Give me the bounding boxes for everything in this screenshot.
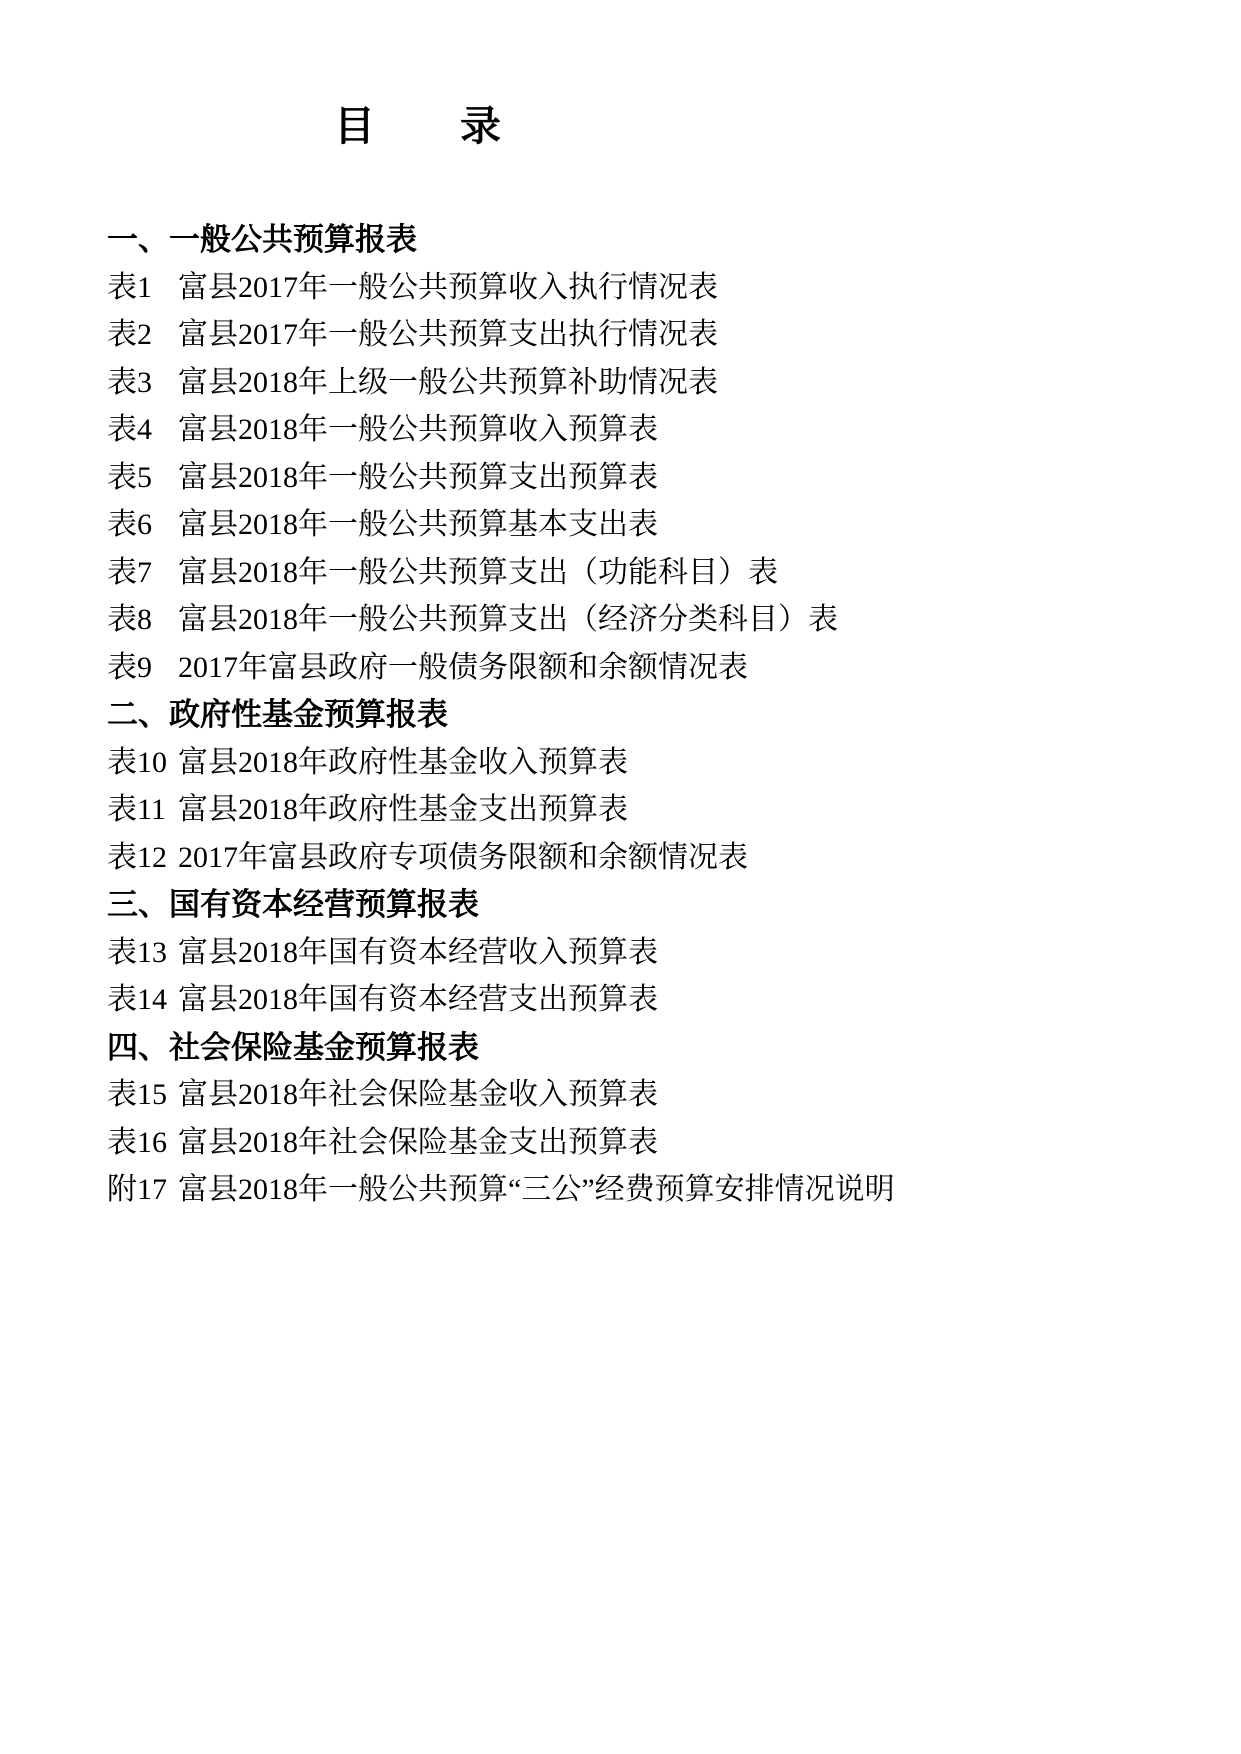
toc-item-label: 表2	[107, 311, 178, 359]
toc-item: 表1富县2017年一般公共预算收入执行情况表	[107, 264, 1181, 312]
toc-item: 附17富县2018年一般公共预算“三公”经费预算安排情况说明	[107, 1166, 1181, 1214]
document-page: 目 录 一、一般公共预算报表 表1富县2017年一般公共预算收入执行情况表 表2…	[0, 0, 1241, 1754]
toc-item-title: 富县2018年一般公共预算支出预算表	[178, 461, 658, 494]
toc-item-label: 表1	[107, 264, 178, 312]
toc-item: 表7富县2018年一般公共预算支出（功能科目）表	[107, 549, 1181, 597]
toc-item: 表8富县2018年一般公共预算支出（经济分类科目）表	[107, 596, 1181, 644]
toc-section-heading-2: 二、政府性基金预算报表	[107, 691, 1181, 739]
toc-item-label: 表8	[107, 596, 178, 644]
toc-item: 表122017年富县政府专项债务限额和余额情况表	[107, 834, 1181, 882]
toc-item-label: 表12	[107, 834, 178, 882]
toc-item-title: 富县2018年社会保险基金支出预算表	[178, 1126, 658, 1159]
toc-item: 表11富县2018年政府性基金支出预算表	[107, 786, 1181, 834]
toc-item-label: 表10	[107, 739, 178, 787]
toc-item-title: 富县2017年一般公共预算支出执行情况表	[178, 318, 718, 351]
toc-item: 表16富县2018年社会保险基金支出预算表	[107, 1119, 1181, 1167]
toc-item-title: 富县2018年一般公共预算基本支出表	[178, 508, 658, 541]
toc-item-label: 表13	[107, 929, 178, 977]
toc-item-title: 富县2018年一般公共预算“三公”经费预算安排情况说明	[178, 1173, 895, 1206]
toc-item-title: 富县2018年一般公共预算收入预算表	[178, 413, 658, 446]
toc-item-label: 表9	[107, 644, 178, 692]
page-title: 目 录	[334, 100, 502, 152]
toc-item: 表15富县2018年社会保险基金收入预算表	[107, 1071, 1181, 1119]
toc-section-heading-3: 三、国有资本经营预算报表	[107, 881, 1181, 929]
toc-item-title: 2017年富县政府一般债务限额和余额情况表	[178, 651, 748, 684]
toc-item: 表14富县2018年国有资本经营支出预算表	[107, 976, 1181, 1024]
toc-item-label: 表16	[107, 1119, 178, 1167]
toc-item-label: 表7	[107, 549, 178, 597]
toc-item-label: 附17	[107, 1166, 178, 1214]
toc-item: 表2富县2017年一般公共预算支出执行情况表	[107, 311, 1181, 359]
table-of-contents: 一、一般公共预算报表 表1富县2017年一般公共预算收入执行情况表 表2富县20…	[107, 216, 1181, 1214]
toc-item: 表10富县2018年政府性基金收入预算表	[107, 739, 1181, 787]
toc-item-title: 2017年富县政府专项债务限额和余额情况表	[178, 841, 748, 874]
toc-item: 表4富县2018年一般公共预算收入预算表	[107, 406, 1181, 454]
toc-item-label: 表6	[107, 501, 178, 549]
toc-item-title: 富县2018年国有资本经营收入预算表	[178, 936, 658, 969]
toc-item-title: 富县2018年上级一般公共预算补助情况表	[178, 366, 718, 399]
toc-item-title: 富县2018年一般公共预算支出（功能科目）表	[178, 556, 778, 589]
toc-item-title: 富县2018年社会保险基金收入预算表	[178, 1078, 658, 1111]
toc-item: 表13富县2018年国有资本经营收入预算表	[107, 929, 1181, 977]
toc-item-title: 富县2018年政府性基金收入预算表	[178, 746, 628, 779]
toc-item-title: 富县2018年政府性基金支出预算表	[178, 793, 628, 826]
toc-item-title: 富县2017年一般公共预算收入执行情况表	[178, 271, 718, 304]
toc-section-heading-4: 四、社会保险基金预算报表	[107, 1024, 1181, 1072]
toc-item-label: 表14	[107, 976, 178, 1024]
toc-item: 表3富县2018年上级一般公共预算补助情况表	[107, 359, 1181, 407]
toc-item-label: 表15	[107, 1071, 178, 1119]
toc-item-label: 表4	[107, 406, 178, 454]
toc-item: 表92017年富县政府一般债务限额和余额情况表	[107, 644, 1181, 692]
toc-item: 表5富县2018年一般公共预算支出预算表	[107, 454, 1181, 502]
toc-item-label: 表11	[107, 786, 178, 834]
toc-item-title: 富县2018年国有资本经营支出预算表	[178, 983, 658, 1016]
toc-item-title: 富县2018年一般公共预算支出（经济分类科目）表	[178, 603, 838, 636]
toc-item: 表6富县2018年一般公共预算基本支出表	[107, 501, 1181, 549]
toc-item-label: 表3	[107, 359, 178, 407]
toc-item-label: 表5	[107, 454, 178, 502]
toc-section-heading-1: 一、一般公共预算报表	[107, 216, 1181, 264]
